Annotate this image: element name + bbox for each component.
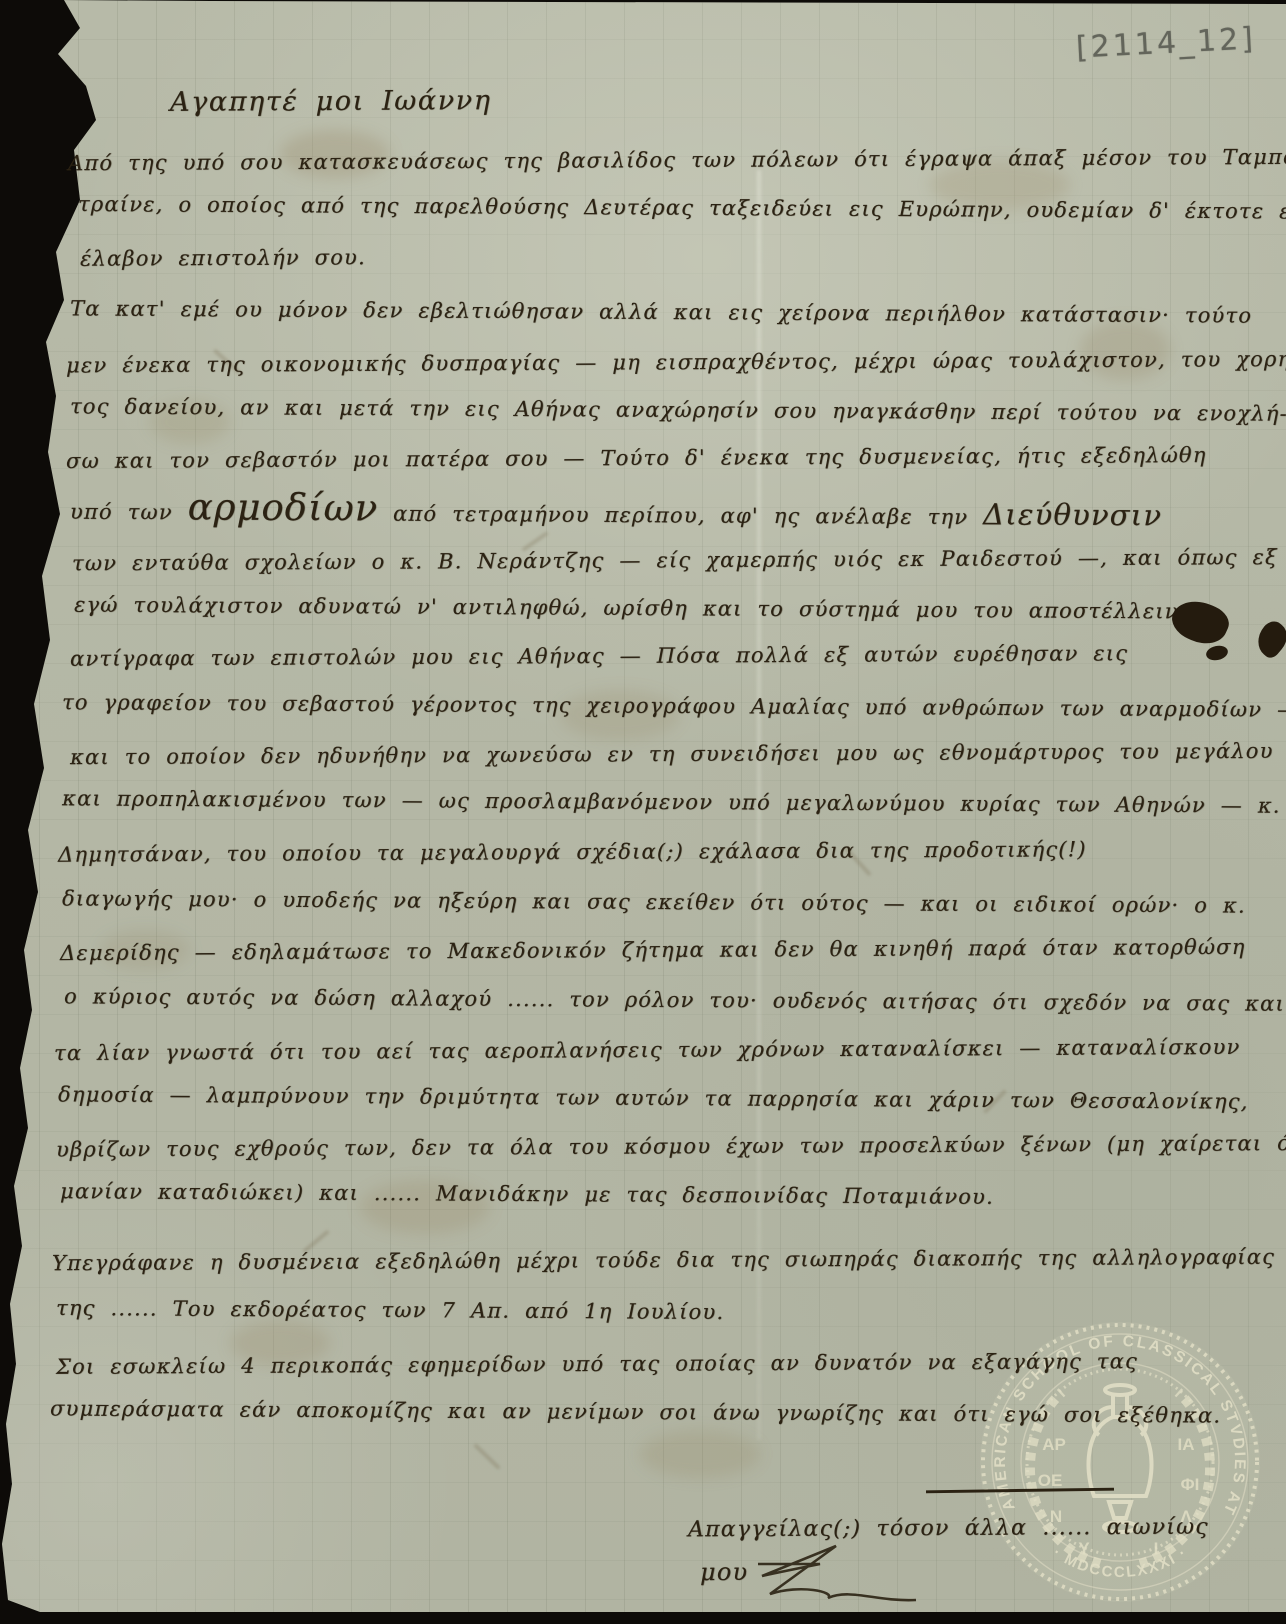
- handwritten-line: της ...... Του εκδορέατος των 7 Απ. από …: [56, 1296, 724, 1324]
- handwritten-line: έλαβον επιστολήν σου.: [80, 245, 366, 270]
- emphasis-word-diefthynsin: Διεύθυνσιν: [983, 497, 1162, 532]
- closing-line: Απαγγείλας(;) τόσον άλλα ...... αιωνίως: [688, 1515, 1209, 1543]
- emphasis-mid: από τετραμήνου περίπου, αφ' ης ανέλαβε τ…: [393, 502, 968, 530]
- scanned-letter-page: { "archive_label": "[2114_12]", "letter"…: [0, 0, 1286, 1624]
- svg-text:Υ: Υ: [1078, 1539, 1090, 1558]
- signature-flourish: [640, 1540, 960, 1620]
- svg-text:ΦΙ: ΦΙ: [1181, 1475, 1200, 1494]
- emphasis-pre: υπό των: [70, 500, 173, 525]
- handwritten-line-emphasized: υπό των αρμοδίων από τετραμήνου περίπου,…: [70, 485, 1162, 535]
- svg-text:Ι: Ι: [1154, 1539, 1159, 1558]
- svg-text:ΑΡ: ΑΡ: [1042, 1435, 1066, 1454]
- svg-text:ΟΕ: ΟΕ: [1038, 1471, 1063, 1490]
- svg-text:ΙΑ: ΙΑ: [1178, 1435, 1195, 1454]
- salutation-line: Αγαπητέ μοι Ιωάννη: [170, 85, 492, 118]
- emphasis-word-armodion: αρμοδίων: [188, 485, 379, 529]
